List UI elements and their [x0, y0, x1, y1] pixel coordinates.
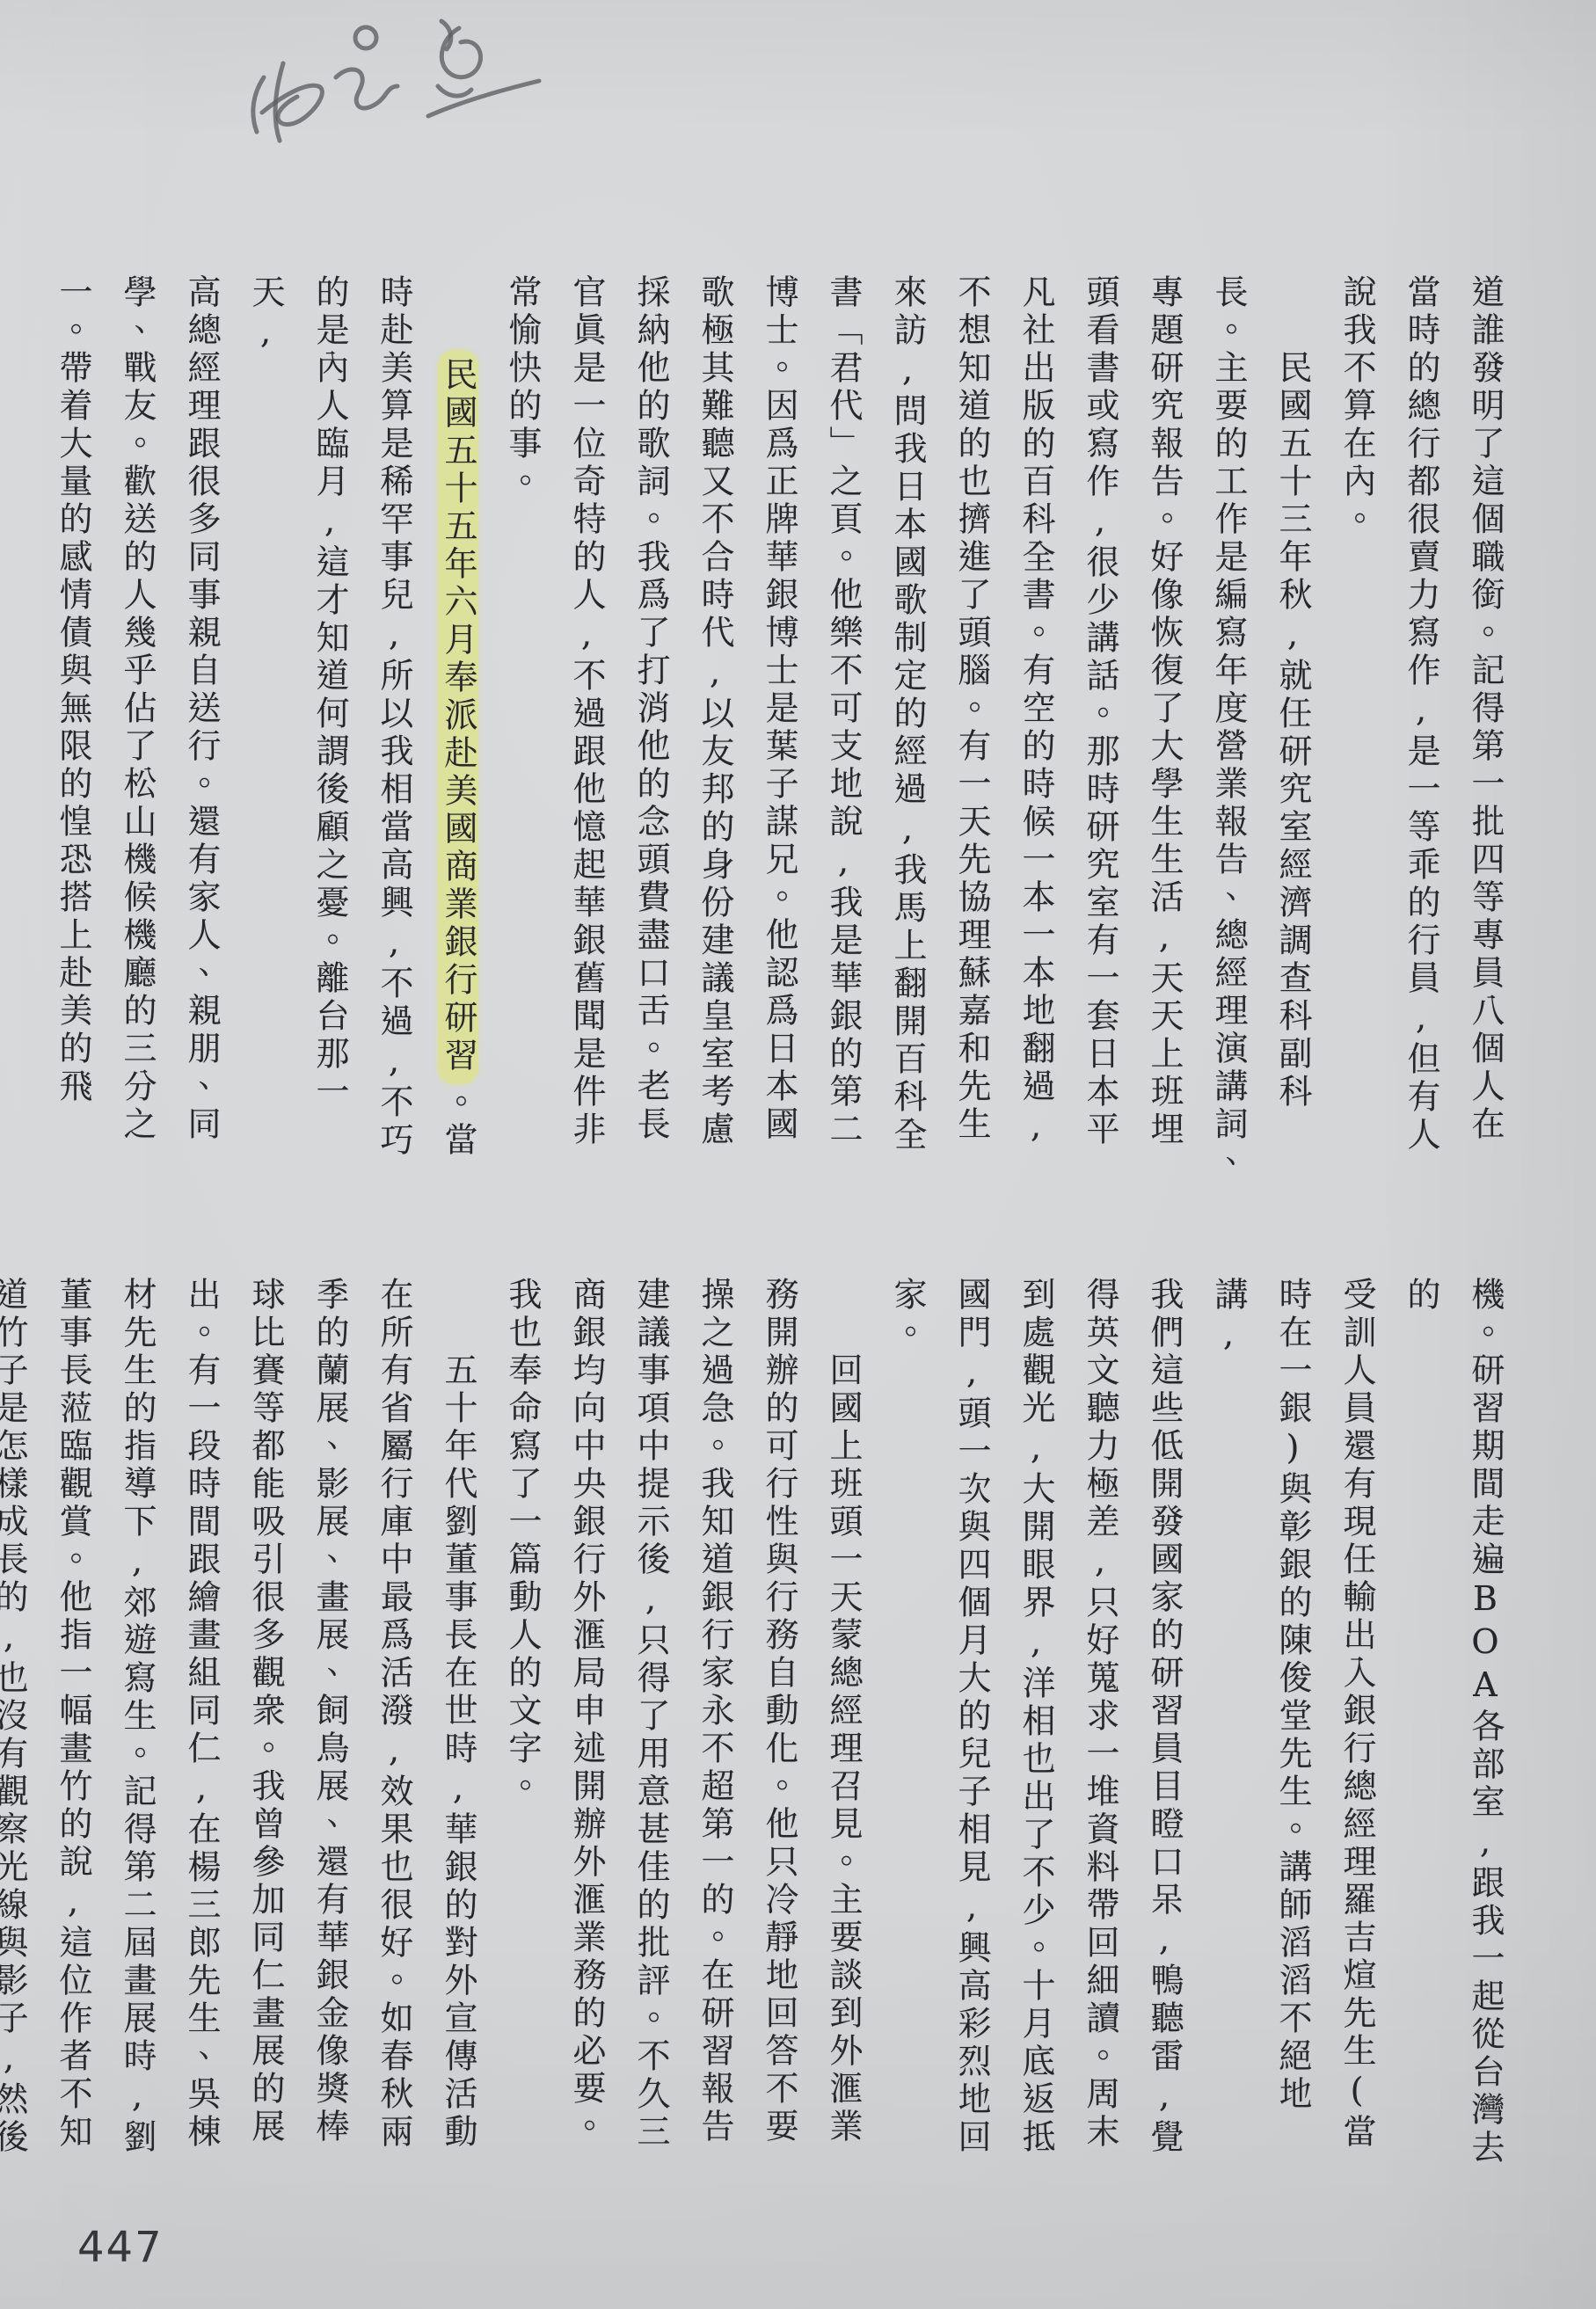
page-number: 447 — [77, 2223, 164, 2272]
upper-text-block: 道誰發明了這個職銜。記得第一批四等專員八個人在 當時的總行都很賣力寫作,是一等乖… — [40, 274, 1517, 1185]
lower-text-block: 機。研習期間走遍BOA各部室,跟我一起從台灣去的 受訓人員還有現任輸出入銀行總經… — [0, 1277, 1517, 2188]
upper-text-before-highlight: 道誰發明了這個職銜。記得第一批四等專員八個人在 當時的總行都很賣力寫作,是一等乖… — [439, 274, 1505, 1182]
scanned-page: 道誰發明了這個職銜。記得第一批四等專員八個人在 當時的總行都很賣力寫作,是一等乖… — [0, 0, 1596, 2309]
upper-text-after-highlight: 。當 時赴美算是稀罕事兒,所以我相當高興,不過,不巧 的是內人臨月,這才知道何謂… — [54, 274, 477, 1160]
highlighted-text: 民國五十五年六月奉派赴美國商業銀行研習 — [438, 350, 478, 1084]
handwritten-signature — [237, 9, 554, 158]
